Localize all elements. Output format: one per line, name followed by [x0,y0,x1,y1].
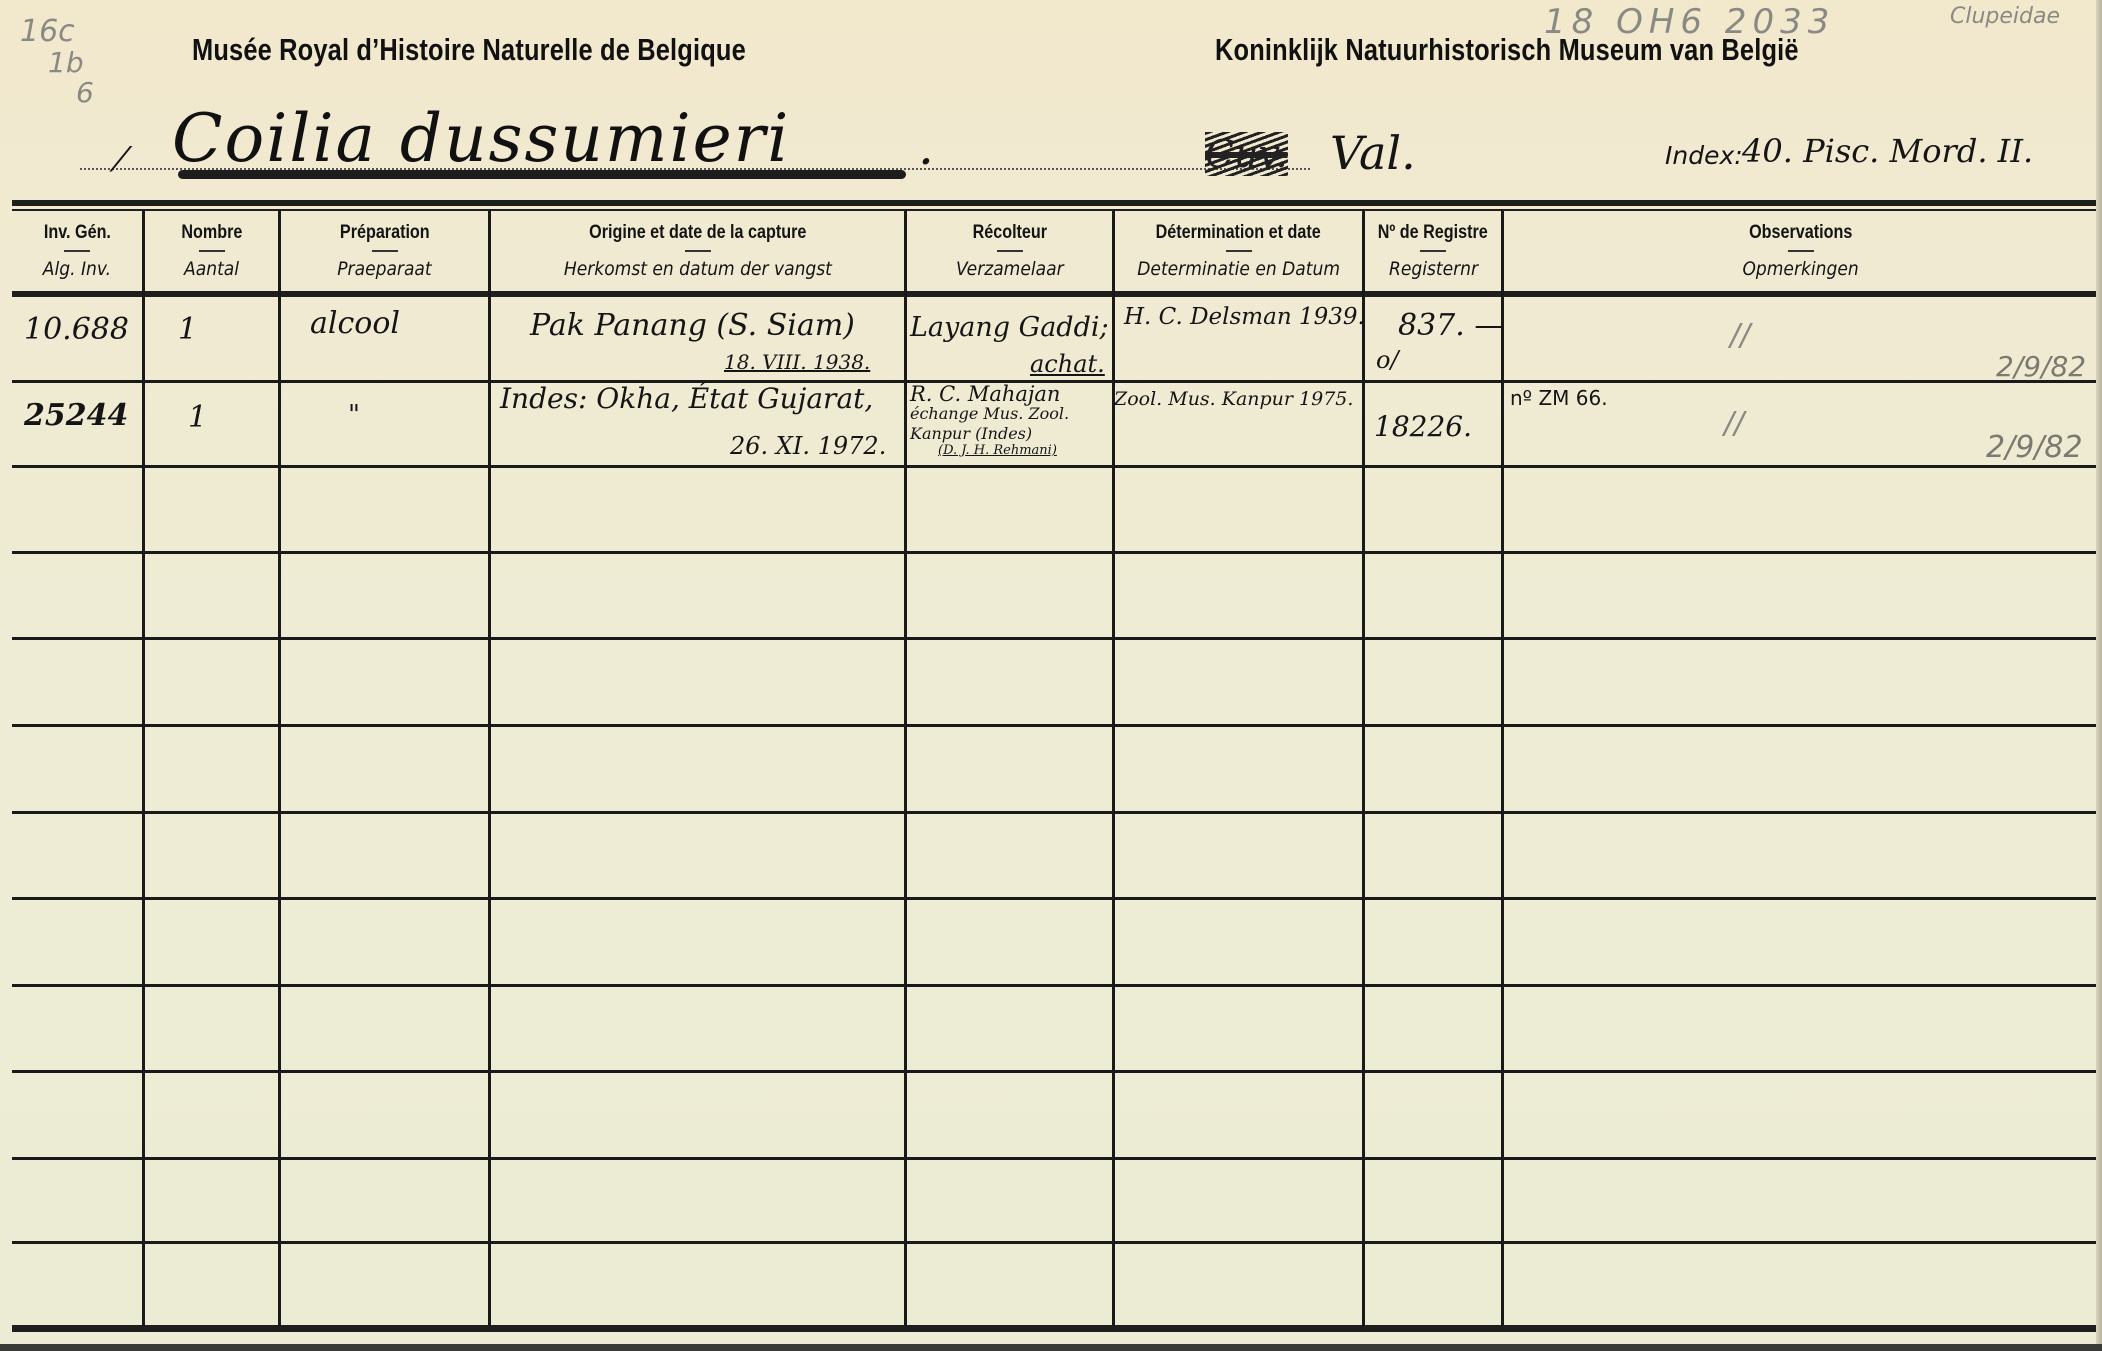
cell-recolteur-note: achat. [1030,350,1105,378]
card-bottom-edge [0,1344,2102,1351]
column-header-origine: Origine et date de la captureHerkomst en… [491,212,904,290]
species-name: Coilia dussumieri [172,100,790,177]
cell-nombre: 1 [188,400,207,435]
cell-determination: H. C. Delsman 1939. [1124,304,1365,330]
cell-inv: 10.688 [24,312,129,347]
column-header-determination: Détermination et dateDeterminatie en Dat… [1115,212,1362,290]
cell-registre-mark: o/ [1376,346,1399,374]
name-tick-mark: ⁄ [118,140,124,180]
cell-determination: Zool. Mus. Kanpur 1975. [1114,388,1353,410]
cell-nombre: 1 [178,312,197,347]
index-label: Index: [1665,141,1743,170]
species-underline [178,170,906,179]
cell-observations-mark: // [1724,406,1744,441]
cell-recolteur-line3: Kanpur (Indes) [910,424,1032,443]
header-bottom-rule [12,291,2098,297]
cell-preparation: alcool [310,306,400,341]
cell-preparation: " [348,400,360,430]
table-top-rule-thin [12,209,2098,211]
cell-recolteur-name: Layang Gaddi; [910,312,1109,343]
cell-recolteur-line1: R. C. Mahajan [910,382,1060,406]
index-value: 40. Pisc. Mord. II. [1742,132,2033,170]
column-header-observations: ObservationsOpmerkingen [1504,212,2098,290]
museum-title-french: Musée Royal d’Histoire Naturelle de Belg… [192,32,746,68]
cell-recolteur-line2: échange Mus. Zool. [910,404,1069,423]
pencil-note-top-left-1: 16c [20,14,75,49]
cell-observations-date: 2/9/82 [1986,430,2083,465]
cell-inv: 25244 [24,398,128,433]
column-header-inv: Inv. Gén.Alg. Inv. [12,212,142,290]
pencil-note-top-left-2: 1b [48,46,84,79]
column-header-recolteur: RécolteurVerzamelaar [907,212,1112,290]
cell-origine-date: 18. VIII. 1938. [724,350,870,374]
author-struck-out: Cuv. [1205,132,1288,176]
cell-observations-note: nº ZM 66. [1510,386,1608,410]
cell-recolteur-line4: (D. J. H. Rehmani) [938,443,1057,458]
column-header-registre: Nº de RegistreRegisternr [1365,212,1501,290]
species-period: . [918,118,934,176]
cell-origine-place: Indes: Okha, État Gujarat, [500,382,873,415]
cell-origine-date: 26. XI. 1972. [730,432,886,460]
museum-title-dutch: Koninklijk Natuurhistorisch Museum van B… [1215,32,1799,68]
cell-registre: 837. — [1398,308,1504,343]
cell-registre: 18226. [1374,410,1472,443]
species-author: Val. [1330,126,1416,180]
column-header-preparation: PréparationPraeparaat [281,212,488,290]
column-header-nombre: NombreAantal [145,212,278,290]
pencil-note-family: Clupeidae [1950,4,2060,29]
pencil-note-top-left-3: 6 [76,76,94,109]
card-right-edge [2096,0,2102,1351]
table-bottom-rule [12,1325,2098,1332]
cell-observations-mark: // [1730,318,1750,353]
cell-observations-date: 2/9/82 [1996,350,2086,383]
table-top-rule [12,200,2098,206]
cell-origine-place: Pak Panang (S. Siam) [530,308,855,343]
